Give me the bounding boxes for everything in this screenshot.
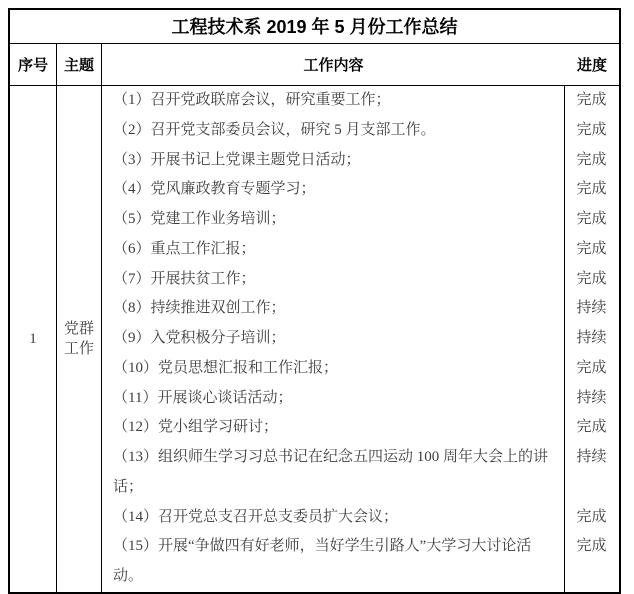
work-item-status: 完成 bbox=[565, 235, 618, 265]
work-item-status: 完成 bbox=[565, 205, 618, 235]
work-item-row: （14）召开党总支召开总支委员扩大会议； 完成 bbox=[102, 503, 619, 533]
column-header-topic: 主题 bbox=[57, 44, 102, 85]
work-item-text: （9）入党积极分子培训； bbox=[102, 324, 565, 354]
work-items-list: （1）召开党政联席会议，研究重要工作； 完成 （2）召开党支部委员会议，研究 5… bbox=[102, 86, 619, 590]
work-item-text: （6）重点工作汇报； bbox=[102, 235, 565, 265]
work-item-text: （8）持续推进双创工作； bbox=[102, 294, 565, 324]
work-item-row: （3）开展书记上党课主题党日活动； 完成 bbox=[102, 146, 619, 176]
work-item-status: 完成 bbox=[565, 175, 618, 205]
table-title: 工程技术系 2019 年 5 月份工作总结 bbox=[10, 10, 619, 44]
topic-line-1: 党群 bbox=[64, 319, 94, 339]
work-item-row: （10）党员思想汇报和工作汇报； 完成 bbox=[102, 354, 619, 384]
work-item-status: 持续 bbox=[565, 384, 618, 414]
column-header-content: 工作内容 bbox=[102, 44, 565, 85]
work-item-status: 完成 bbox=[565, 265, 618, 295]
work-item-text: （14）召开党总支召开总支委员扩大会议； bbox=[102, 503, 565, 533]
work-item-status: 完成 bbox=[565, 503, 618, 533]
work-item-status: 完成 bbox=[565, 413, 618, 443]
work-item-status: 完成 bbox=[565, 532, 618, 590]
column-header-progress: 进度 bbox=[565, 44, 619, 85]
work-summary-table: 工程技术系 2019 年 5 月份工作总结 序号 主题 工作内容 进度 1 党群… bbox=[8, 8, 621, 590]
work-item-row: （15）开展“争做四有好老师，当好学生引路人”大学习大讨论活动。 完成 bbox=[102, 532, 619, 590]
work-item-status: 持续 bbox=[565, 443, 618, 503]
work-item-row: （9）入党积极分子培训； 持续 bbox=[102, 324, 619, 354]
work-item-text: （1）召开党政联席会议，研究重要工作； bbox=[102, 86, 565, 116]
work-item-text: （2）召开党支部委员会议，研究 5 月支部工作。 bbox=[102, 116, 565, 146]
table-header-row: 序号 主题 工作内容 进度 bbox=[10, 44, 619, 86]
row-index-cell: 1 bbox=[10, 86, 57, 590]
work-item-row: （6）重点工作汇报； 完成 bbox=[102, 235, 619, 265]
work-item-text: （10）党员思想汇报和工作汇报； bbox=[102, 354, 565, 384]
row-topic-cell: 党群 工作 bbox=[57, 86, 102, 590]
work-item-status: 完成 bbox=[565, 146, 618, 176]
topic-line-2: 工作 bbox=[64, 339, 94, 359]
work-item-row: （8）持续推进双创工作； 持续 bbox=[102, 294, 619, 324]
work-item-status: 完成 bbox=[565, 354, 618, 384]
work-item-status: 完成 bbox=[565, 86, 618, 116]
work-item-text: （3）开展书记上党课主题党日活动； bbox=[102, 146, 565, 176]
work-item-row: （1）召开党政联席会议，研究重要工作； 完成 bbox=[102, 86, 619, 116]
work-item-status: 持续 bbox=[565, 324, 618, 354]
work-item-row: （13）组织师生学习习总书记在纪念五四运动 100 周年大会上的讲话； 持续 bbox=[102, 443, 619, 503]
work-item-row: （2）召开党支部委员会议，研究 5 月支部工作。 完成 bbox=[102, 116, 619, 146]
table-body-row: 1 党群 工作 （1）召开党政联席会议，研究重要工作； 完成 （2）召开党支部委… bbox=[10, 86, 619, 590]
column-header-index: 序号 bbox=[10, 44, 57, 85]
work-item-row: （4）党风廉政教育专题学习； 完成 bbox=[102, 175, 619, 205]
work-item-text: （7）开展扶贫工作； bbox=[102, 265, 565, 295]
work-item-status: 完成 bbox=[565, 116, 618, 146]
work-item-text: （11）开展谈心谈话活动； bbox=[102, 384, 565, 414]
work-item-row: （7）开展扶贫工作； 完成 bbox=[102, 265, 619, 295]
work-item-status: 持续 bbox=[565, 294, 618, 324]
work-item-text: （5）党建工作业务培训； bbox=[102, 205, 565, 235]
work-item-text: （12）党小组学习研讨； bbox=[102, 413, 565, 443]
work-item-row: （12）党小组学习研讨； 完成 bbox=[102, 413, 619, 443]
work-item-text: （4）党风廉政教育专题学习； bbox=[102, 175, 565, 205]
work-item-text: （15）开展“争做四有好老师，当好学生引路人”大学习大讨论活动。 bbox=[102, 532, 565, 590]
work-item-row: （11）开展谈心谈话活动； 持续 bbox=[102, 384, 619, 414]
work-item-row: （5）党建工作业务培训； 完成 bbox=[102, 205, 619, 235]
work-item-text: （13）组织师生学习习总书记在纪念五四运动 100 周年大会上的讲话； bbox=[102, 443, 565, 503]
